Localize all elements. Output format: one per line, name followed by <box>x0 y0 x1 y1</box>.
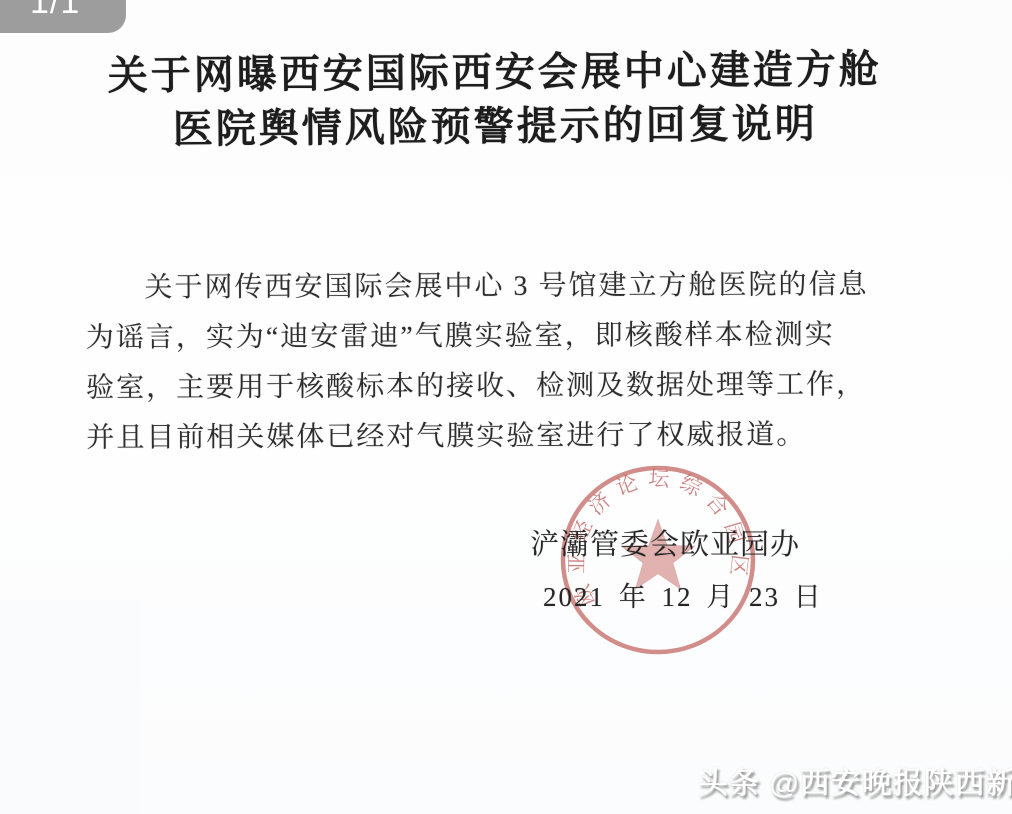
title-line-2: 医院舆情风险预警提示的回复说明 <box>0 96 990 159</box>
document-page: 关于网曝西安国际西安会展中心建造方舱 医院舆情风险预警提示的回复说明 关于网传西… <box>0 0 1012 814</box>
signature-line: 浐灞管委会欧亚园办 <box>530 522 800 563</box>
source-watermark: 头条 @西安晚报陕西新闻 <box>698 758 1012 802</box>
body-line: 关于网传西安国际会展中心 3 号馆建立方舱医院的信息 <box>86 260 886 313</box>
body-line: 验室，主要用于核酸标本的接收、检测及数据处理等工作， <box>86 360 886 413</box>
body-line: 并且目前相关媒体已经对气膜实验室进行了权威报道。 <box>86 410 886 463</box>
document-title: 关于网曝西安国际西安会展中心建造方舱 医院舆情风险预警提示的回复说明 <box>0 42 990 159</box>
body-line: 为谣言，实为“迪安雷迪”气膜实验室，即核酸样本检测实 <box>86 310 886 363</box>
title-line-1: 关于网曝西安国际西安会展中心建造方舱 <box>0 42 990 105</box>
date-line: 2021 年 12 月 23 日 <box>543 575 823 614</box>
document-photo: 1/1 关于网曝西安国际西安会展中心建造方舱 医院舆情风险预警提示的回复说明 关… <box>0 0 1012 814</box>
document-body: 关于网传西安国际会展中心 3 号馆建立方舱医院的信息 为谣言，实为“迪安雷迪”气… <box>86 260 887 463</box>
